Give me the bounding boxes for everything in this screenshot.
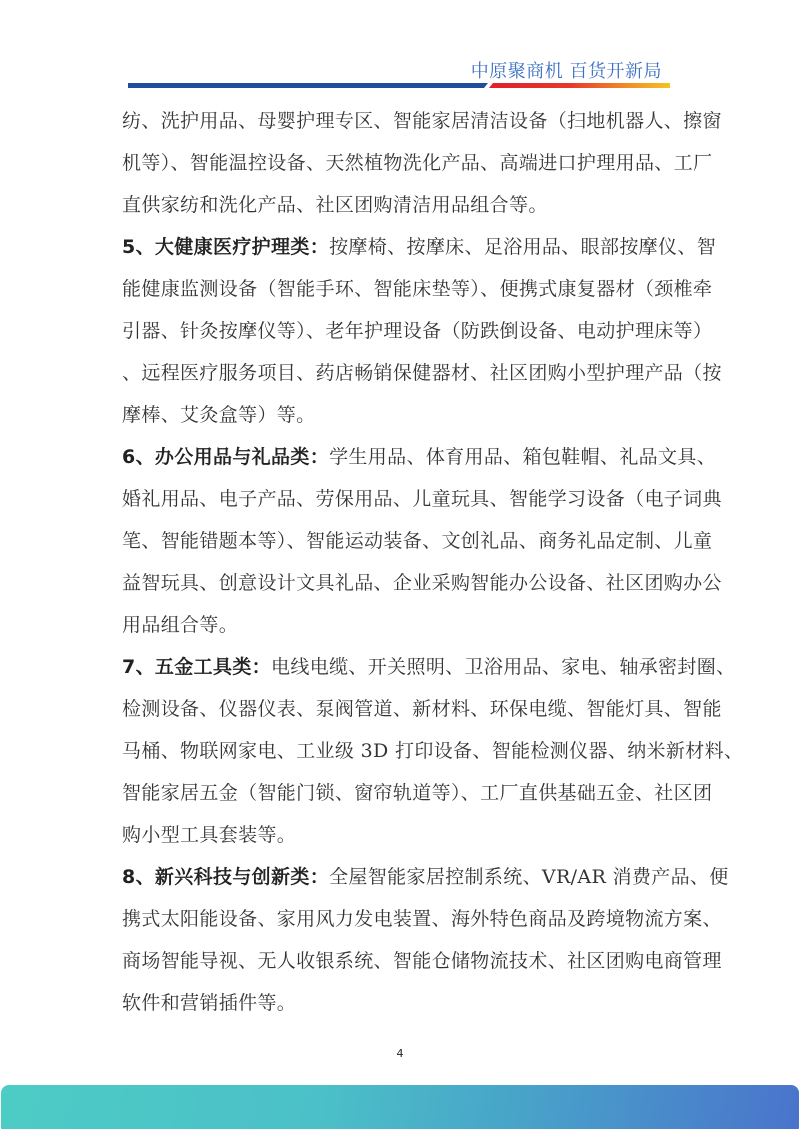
paragraph-office-gifts: 6、办公用品与礼品类：学生用品、体育用品、箱包鞋帽、礼品文具、 婚礼用品、电子产… [122,436,682,646]
section-heading: 5、大健康医疗护理类： [122,236,329,258]
text-line: 机等）、智能温控设备、天然植物洗化产品、高端进口护理用品、工厂 [122,142,682,184]
text-line: 用品组合等。 [122,604,682,646]
text-line: 摩棒、艾灸盒等）等。 [122,394,682,436]
text-line: 5、大健康医疗护理类：按摩椅、按摩床、足浴用品、眼部按摩仪、智 [122,226,682,268]
text-line: 能健康监测设备（智能手环、智能床垫等）、便携式康复器材（颈椎牵 [122,268,682,310]
text-line: 婚礼用品、电子产品、劳保用品、儿童玩具、智能学习设备（电子词典 [122,478,682,520]
header-bar-blue-segment [128,83,488,88]
text-line: 引器、针灸按摩仪等）、老年护理设备（防跌倒设备、电动护理床等） [122,310,682,352]
header-divider-bar [128,83,670,88]
text-line: 8、新兴科技与创新类：全屋智能家居控制系统、VR/AR 消费产品、便 [122,856,682,898]
text-line: 马桶、物联网家电、工业级 3D 打印设备、智能检测仪器、纳米新材料、 [122,730,682,772]
text-line: 携式太阳能设备、家用风力发电装置、海外特色商品及跨境物流方案、 [122,898,682,940]
header-bar-warm-segment [489,83,670,88]
text-line: 、远程医疗服务项目、药店畅销保健器材、社区团购小型护理产品（按 [122,352,682,394]
text-line: 直供家纺和洗化产品、社区团购清洁用品组合等。 [122,184,682,226]
text-line: 智能家居五金（智能门锁、窗帘轨道等）、工厂直供基础五金、社区团 [122,772,682,814]
paragraph-household-continued: 纺、洗护用品、母婴护理专区、智能家居清洁设备（扫地机器人、擦窗 机等）、智能温控… [122,100,682,226]
page-number: 4 [392,1047,408,1060]
footer-gradient-bar [1,1085,799,1129]
section-heading: 8、新兴科技与创新类： [122,866,329,888]
text-line: 纺、洗护用品、母婴护理专区、智能家居清洁设备（扫地机器人、擦窗 [122,100,682,142]
text-line: 检测设备、仪器仪表、泵阀管道、新材料、环保电缆、智能灯具、智能 [122,688,682,730]
text-run: 全屋智能家居控制系统、VR/AR 消费产品、便 [329,866,729,888]
text-line: 购小型工具套装等。 [122,814,682,856]
text-line: 软件和营销插件等。 [122,982,682,1024]
section-heading: 6、办公用品与礼品类： [122,446,329,468]
paragraph-hardware-tools: 7、五金工具类：电线电缆、开关照明、卫浴用品、家电、轴承密封圈、 检测设备、仪器… [122,646,682,856]
paragraph-emerging-tech: 8、新兴科技与创新类：全屋智能家居控制系统、VR/AR 消费产品、便 携式太阳能… [122,856,682,1024]
text-run: 学生用品、体育用品、箱包鞋帽、礼品文具、 [329,446,716,468]
text-line: 笔、智能错题本等）、智能运动装备、文创礼品、商务礼品定制、儿童 [122,520,682,562]
text-line: 益智玩具、创意设计文具礼品、企业采购智能办公设备、社区团购办公 [122,562,682,604]
text-run: 按摩椅、按摩床、足浴用品、眼部按摩仪、智 [329,236,716,258]
text-run: 电线电缆、开关照明、卫浴用品、家电、轴承密封圈、 [271,656,735,678]
text-line: 商场智能导视、无人收银系统、智能仓储物流技术、社区团购电商管理 [122,940,682,982]
section-heading: 7、五金工具类： [122,656,271,678]
header-title: 中原聚商机 百货开新局 [462,57,662,83]
paragraph-health-medical: 5、大健康医疗护理类：按摩椅、按摩床、足浴用品、眼部按摩仪、智 能健康监测设备（… [122,226,682,436]
document-body: 纺、洗护用品、母婴护理专区、智能家居清洁设备（扫地机器人、擦窗 机等）、智能温控… [122,100,682,1024]
text-line: 6、办公用品与礼品类：学生用品、体育用品、箱包鞋帽、礼品文具、 [122,436,682,478]
text-line: 7、五金工具类：电线电缆、开关照明、卫浴用品、家电、轴承密封圈、 [122,646,682,688]
